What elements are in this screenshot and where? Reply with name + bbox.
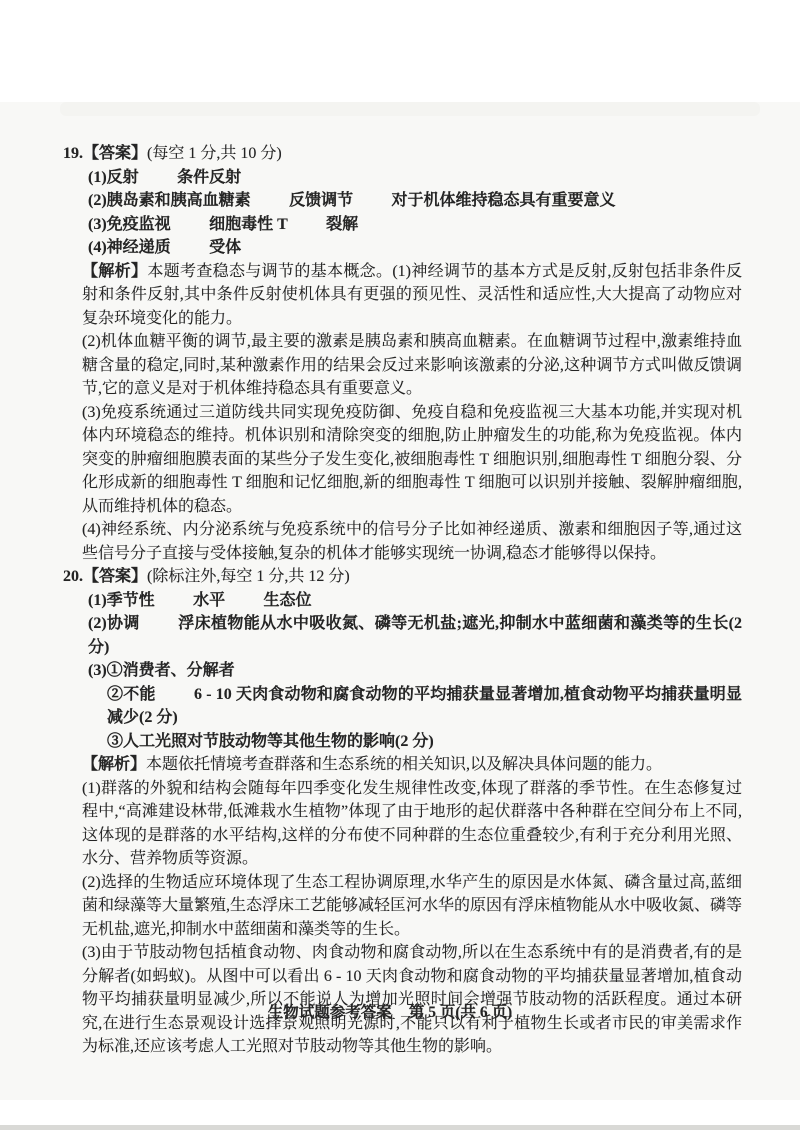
page-footer: 生物试题参考答案第 5 页(共 6 页) [0,1000,780,1022]
answer-line-20-1: (1)季节性水平生态位 [88,589,742,613]
answer-blank: 反射 [107,169,139,186]
answer-blank: 反馈调节 [289,192,353,209]
answer-blank: 不能 [123,686,155,703]
answer-blank: 消费者、分解者 [123,662,235,679]
analysis-paragraph-19-4: (4)神经系统、内分泌系统与免疫系统中的信号分子比如神经递质、激素和细胞因子等,… [82,518,742,565]
analysis-paragraph-20-2: (1)群落的外貌和结构会随每年四季变化发生规律性改变,体现了群落的季节性。在生态… [82,777,742,871]
analysis-label: 【解析】 [82,263,147,280]
score-note: (除标注外,每空 1 分,共 12 分) [147,568,350,585]
answer-blank: 6 - 10 天肉食动物和腐食动物的平均捕获量显著增加,植食动物平均捕获量明显减… [107,686,742,727]
answer-blank: 免疫监视 [107,216,171,233]
answer-item-label: (3) [88,216,107,233]
answer-line-19-1: (1)反射条件反射 [88,166,742,190]
answer-label: 【答案】 [83,145,147,162]
answer-item-label: ② [107,686,123,703]
answer-line-19-4: (4)神经递质受体 [88,236,742,260]
question-19-number: 19. [63,145,83,162]
analysis-text: 本题考查稳态与调节的基本概念。(1)神经调节的基本方式是反射,反射包括非条件反射… [82,263,742,327]
analysis-label: 【解析】 [82,756,146,773]
analysis-paragraph-19-3: (3)免疫系统通过三道防线共同实现免疫防御、免疫自稳和免疫监视三大基本功能,并实… [82,401,742,519]
analysis-paragraph-19-1: 【解析】本题考查稳态与调节的基本概念。(1)神经调节的基本方式是反射,反射包括非… [82,260,742,331]
answer-blank: 受体 [209,239,241,256]
answer-blank: 胰岛素和胰高血糖素 [107,192,251,209]
answer-line-19-3: (3)免疫监视细胞毒性 T裂解 [88,213,742,237]
answer-blank: 季节性 [107,592,155,609]
scan-bottom-edge [0,1125,800,1130]
answer-item-label: ③ [107,733,123,750]
scan-edge-smudge [60,102,760,116]
answer-item-label: (2) [88,192,107,209]
question-20-header: 20.【答案】(除标注外,每空 1 分,共 12 分) [82,565,742,589]
analysis-paragraph-19-2: (2)机体血糖平衡的调节,最主要的激素是胰岛素和胰高血糖素。在血糖调节过程中,激… [82,330,742,401]
answer-blank: 神经递质 [107,239,171,256]
scanned-answer-page: 19.【答案】(每空 1 分,共 10 分) (1)反射条件反射 (2)胰岛素和… [0,0,800,1130]
question-19-header: 19.【答案】(每空 1 分,共 10 分) [82,142,742,166]
answer-blank: 人工光照对节肢动物等其他生物的影响(2 分) [123,733,434,750]
analysis-text: 本题依托情境考查群落和生态系统的相关知识,以及解决具体问题的能力。 [146,756,662,773]
answer-blank: 裂解 [326,216,358,233]
answer-item-label: (1) [88,169,107,186]
answer-blank: 浮床植物能从水中吸收氮、磷等无机盐;遮光,抑制水中蓝细菌和藻类等的生长(2 分) [88,615,742,656]
answer-line-20-2: (2)协调浮床植物能从水中吸收氮、磷等无机盐;遮光,抑制水中蓝细菌和藻类等的生长… [88,612,742,659]
answer-blank: 水平 [193,592,225,609]
footer-title: 生物试题参考答案 [268,1004,392,1021]
footer-page-number: 第 5 页(共 6 页) [409,1004,512,1021]
answer-line-20-3-3: ③人工光照对节肢动物等其他生物的影响(2 分) [107,730,742,754]
answer-blank: 条件反射 [177,169,241,186]
answer-blank: 协调 [107,615,140,632]
document-content: 19.【答案】(每空 1 分,共 10 分) (1)反射条件反射 (2)胰岛素和… [82,142,742,1059]
answer-blank: 对于机体维持稳态具有重要意义 [391,192,615,209]
question-20-block: 20.【答案】(除标注外,每空 1 分,共 12 分) (1)季节性水平生态位 … [82,565,742,1059]
answer-item-label: (2) [88,615,107,632]
analysis-paragraph-20-3: (2)选择的生物适应环境体现了生态工程协调原理,水华产生的原因是水体氮、磷含量过… [82,871,742,942]
answer-item-label: (1) [88,592,107,609]
answer-label: 【答案】 [83,568,147,585]
answer-item-label: (4) [88,239,107,256]
answer-line-19-2: (2)胰岛素和胰高血糖素反馈调节对于机体维持稳态具有重要意义 [88,189,742,213]
answer-line-20-3-1: (3)①消费者、分解者 [88,659,742,683]
answer-blank: 生态位 [263,592,311,609]
analysis-paragraph-20-1: 【解析】本题依托情境考查群落和生态系统的相关知识,以及解决具体问题的能力。 [82,753,742,777]
answer-item-label: (3)① [88,662,123,679]
answer-line-20-3-2: ②不能6 - 10 天肉食动物和腐食动物的平均捕获量显著增加,植食动物平均捕获量… [107,683,742,730]
score-note: (每空 1 分,共 10 分) [147,145,282,162]
answer-blank: 细胞毒性 T [209,216,288,233]
question-20-number: 20. [63,568,83,585]
question-19-block: 19.【答案】(每空 1 分,共 10 分) (1)反射条件反射 (2)胰岛素和… [82,142,742,565]
